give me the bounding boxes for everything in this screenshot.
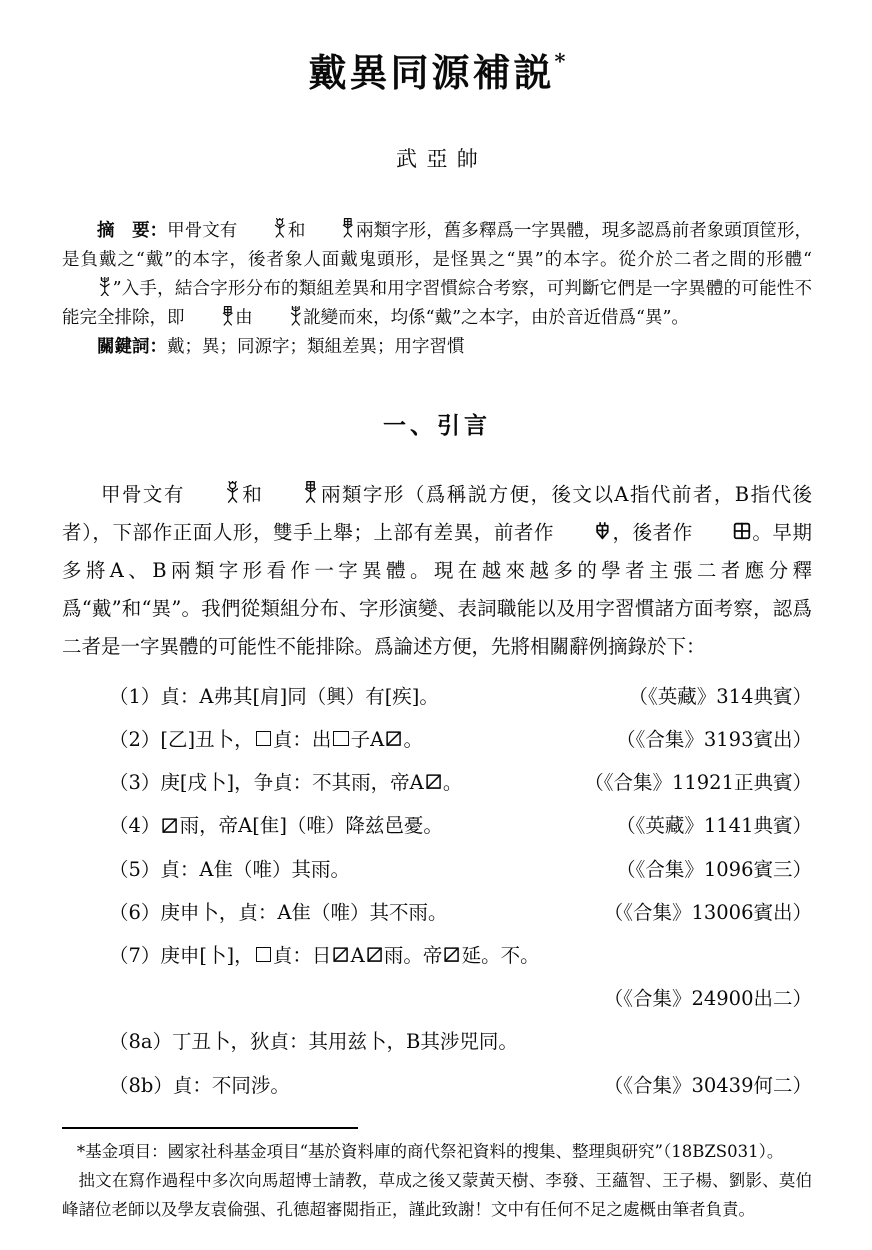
example-text: （3）庚[戌卜]，争貞：不其雨，帝A 。	[109, 768, 462, 798]
example-row: （8b）貞：不同涉。 （《合集》30439何二）	[109, 1071, 812, 1101]
oracle-glyph-intermediate-pronged-figure-icon	[254, 306, 303, 326]
example-row: （3）庚[戌卜]，争貞：不其雨，帝A 。 （《合集》11921正典賓）	[109, 768, 812, 798]
example-citation: （《合集》11921正典賓）	[572, 768, 812, 798]
oracle-glyph-b-tian-head-figure-icon	[264, 481, 318, 503]
example-text: （7）庚申[卜]，貞：日 A 雨。帝 延。不。	[109, 941, 540, 971]
example-citation: （《英藏》1141典賓）	[604, 811, 812, 841]
example-citation: （《合集》13006賓出）	[592, 898, 812, 928]
footnote-block: *基金項目：國家社科基金項目“基於資料庫的商代祭祀資料的搜集、整理與研究”（18…	[62, 1127, 812, 1224]
lacuna-box-slash-icon	[162, 818, 177, 833]
example-text: （8a）丁丑卜，狄貞：其用兹卜，B其涉兕同。	[109, 1027, 518, 1057]
example-row: （8a）丁丑卜，狄貞：其用兹卜，B其涉兕同。	[109, 1027, 812, 1057]
missing-character-box-icon	[256, 731, 271, 746]
footnote-line-funding: *基金項目：國家社科基金項目“基於資料庫的商代祭祀資料的搜集、整理與研究”（18…	[62, 1137, 812, 1166]
example-row: （6）庚申卜，貞：A隹（唯）其不雨。 （《合集》13006賓出）	[109, 898, 812, 928]
lacuna-box-slash-icon	[444, 947, 459, 962]
example-text: （6）庚申卜，貞：A隹（唯）其不雨。	[109, 898, 448, 928]
paper-page: 戴異同源補説* 武亞帥 摘 要：甲骨文有 和 兩類字形，舊多釋爲一字異體，現多認…	[0, 0, 872, 1250]
abstract-text: 甲骨文有 和 兩類字形，舊多釋爲一字異體，現多認爲前者象頭頂筐形，是負戴之“戴”…	[62, 221, 812, 329]
example-text: （1）貞：A弗其[肩]同（興）有[疾]。	[109, 682, 439, 712]
example-text: （2）[乙]丑卜，貞：出子A 。	[109, 725, 423, 755]
footnote-line-acknowledgement: 拙文在寫作過程中多次向馬超博士請教，草成之後又蒙黃天樹、李發、王蘊智、王子楊、劉…	[62, 1166, 812, 1224]
title-footnote-marker: *	[555, 48, 566, 73]
oracle-component-basket-icon	[555, 522, 611, 540]
example-citation: （《合集》3193賓出）	[604, 725, 812, 755]
page-title: 戴異同源補説*	[62, 48, 812, 97]
examples-list: （1）貞：A弗其[肩]同（興）有[疾]。 （《英藏》314典賓） （2）[乙]丑…	[62, 682, 812, 1101]
example-row: （4） 雨，帝A[隹]（唯）降兹邑憂。 （《英藏》1141典賓）	[109, 811, 812, 841]
title-text: 戴異同源補説	[309, 50, 555, 95]
example-row: （7）庚申[卜]，貞：日 A 雨。帝 延。不。	[109, 941, 812, 971]
example-text: （5）貞：A隹（唯）其雨。	[109, 855, 350, 885]
example-citation: （《合集》30439何二）	[592, 1071, 812, 1101]
keywords-label: 關鍵詞：	[97, 337, 167, 357]
section-heading: 一、引言	[62, 407, 812, 440]
example-row: （1）貞：A弗其[肩]同（興）有[疾]。 （《英藏》314典賓）	[109, 682, 812, 712]
example-row: （《合集》24900出二）	[109, 984, 812, 1014]
example-row: （2）[乙]丑卜，貞：出子A 。 （《合集》3193賓出）	[109, 725, 812, 755]
author-name: 武亞帥	[62, 143, 812, 173]
missing-character-box-icon	[256, 947, 271, 962]
keywords-line: 關鍵詞：戴；異；同源字；類組差異；用字習慣	[62, 333, 812, 362]
example-citation: （《英藏》314典賓）	[617, 682, 812, 712]
example-citation: （《合集》24900出二）	[592, 984, 812, 1014]
keywords-text: 戴；異；同源字；類組差異；用字習慣	[167, 337, 465, 357]
example-text: （8b）貞：不同涉。	[109, 1071, 290, 1101]
oracle-glyph-b-tian-head-figure-icon	[306, 218, 355, 238]
oracle-glyph-intermediate-pronged-figure-icon	[63, 277, 112, 297]
missing-character-box-icon	[333, 731, 348, 746]
example-citation: （《合集》1096賓三）	[604, 855, 812, 885]
lacuna-box-slash-icon	[367, 947, 382, 962]
footnote-separator	[62, 1127, 358, 1129]
lacuna-box-slash-icon	[333, 947, 348, 962]
lacuna-box-slash-icon	[426, 774, 441, 789]
example-text: （4） 雨，帝A[隹]（唯）降兹邑憂。	[109, 811, 443, 841]
oracle-glyph-a-basket-head-figure-icon	[238, 218, 287, 238]
intro-paragraph: 甲骨文有 和 兩類字形（爲稱説方便，後文以A指代前者，B指代後者），下部作正面人…	[62, 476, 812, 666]
oracle-glyph-a-basket-head-figure-icon	[186, 481, 240, 503]
oracle-component-tian-grid-icon	[694, 522, 751, 540]
lacuna-box-slash-icon	[386, 731, 401, 746]
abstract-label: 摘 要：	[97, 221, 167, 241]
abstract-paragraph: 摘 要：甲骨文有 和 兩類字形，舊多釋爲一字異體，現多認爲前者象頭頂筐形，是負戴…	[62, 217, 812, 334]
example-row: （5）貞：A隹（唯）其雨。 （《合集》1096賓三）	[109, 855, 812, 885]
abstract-block: 摘 要：甲骨文有 和 兩類字形，舊多釋爲一字異體，現多認爲前者象頭頂筐形，是負戴…	[62, 217, 812, 363]
oracle-glyph-b-tian-head-figure-icon	[186, 306, 235, 326]
